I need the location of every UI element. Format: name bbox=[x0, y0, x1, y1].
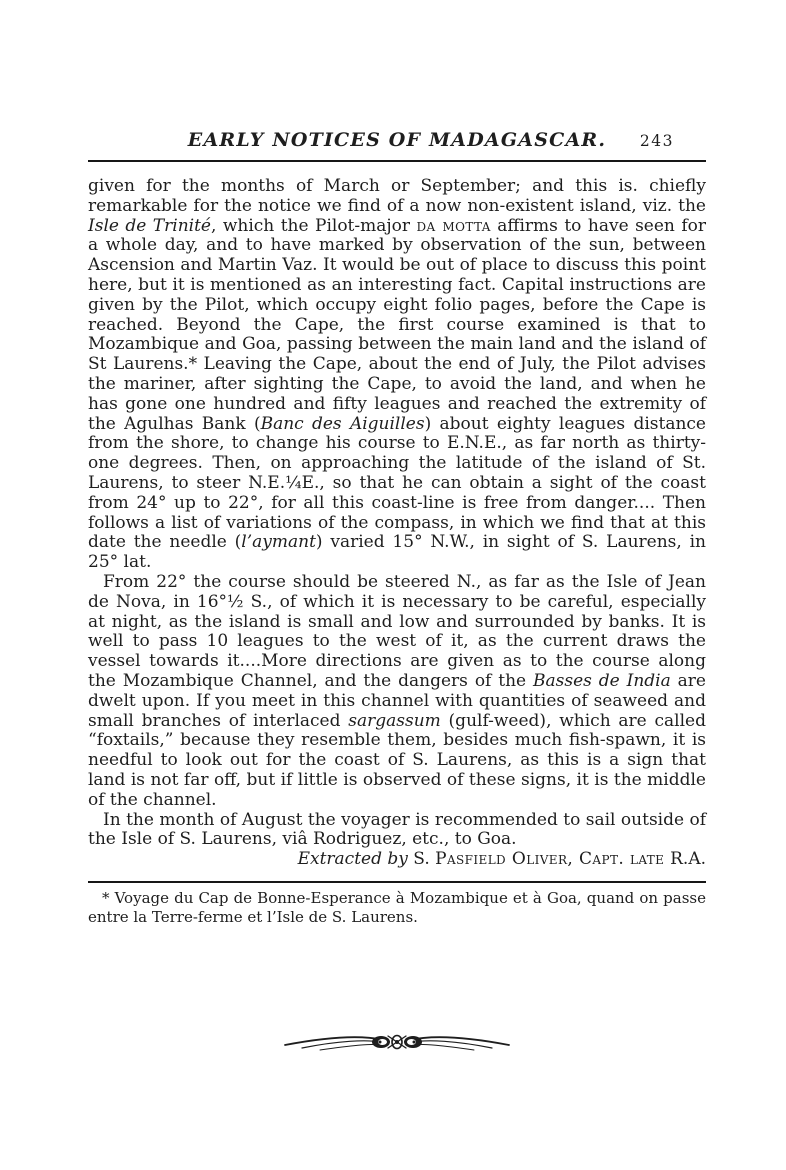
page-title: EARLY NOTICES OF MADAGASCAR. bbox=[88, 129, 706, 151]
paragraph-3: In the month of August the voyager is re… bbox=[88, 811, 706, 851]
footnote: * Voyage du Cap de Bonne-Esperance à Moz… bbox=[88, 889, 706, 927]
footnote-rule bbox=[88, 881, 706, 883]
tailpiece-ornament bbox=[88, 1027, 706, 1061]
signature-line: Extracted by S. Pasfield Oliver, Capt. l… bbox=[88, 850, 706, 870]
flourish-icon bbox=[282, 1027, 512, 1057]
header-rule bbox=[88, 160, 706, 162]
paragraph-1: given for the months of March or Septemb… bbox=[88, 177, 706, 573]
page-number: 243 bbox=[640, 132, 674, 150]
text-column: EARLY NOTICES OF MADAGASCAR. 243 given f… bbox=[88, 0, 706, 1061]
body-text: given for the months of March or Septemb… bbox=[88, 177, 706, 870]
paragraph-2: From 22° the course should be steered N.… bbox=[88, 573, 706, 811]
running-head: EARLY NOTICES OF MADAGASCAR. 243 bbox=[88, 129, 706, 153]
scanned-book-page: EARLY NOTICES OF MADAGASCAR. 243 given f… bbox=[0, 0, 786, 1170]
